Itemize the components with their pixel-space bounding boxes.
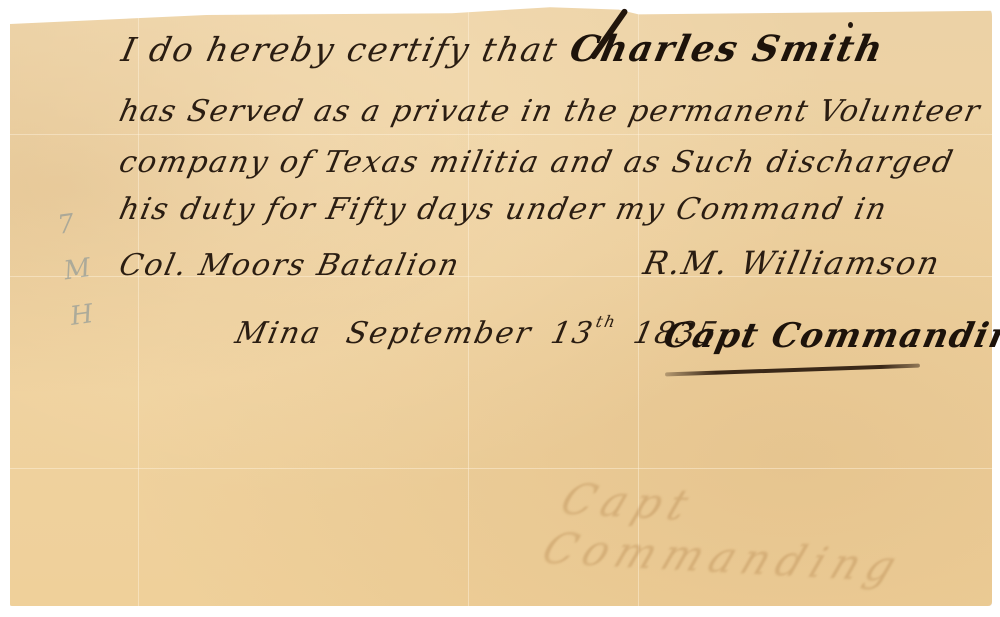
signature-title: Capt Commanding (660, 316, 1000, 356)
certificate-line-2: has Served as a private in the permanent… (116, 94, 984, 129)
place-text: Mina (232, 316, 325, 351)
certificate-line-3: company of Texas militia and as Such dis… (116, 145, 957, 180)
line-text: company of Texas militia and as Such dis… (116, 145, 957, 180)
certificate-line-5: Col. Moors Batalion (116, 248, 464, 283)
fold-crease (10, 468, 992, 469)
line-text: his duty for Fifty days under my Command… (116, 192, 891, 227)
date-day: 13 (548, 316, 598, 351)
signature-name: R.M. Williamson (640, 244, 944, 282)
date-month: September (343, 316, 536, 351)
fold-crease (10, 134, 992, 135)
certificate-line-4: his duty for Fifty days under my Command… (116, 192, 891, 227)
certificate-line-1: I do hereby certify that Charles Smith (118, 28, 888, 70)
captain-title: Capt Commanding (660, 316, 1000, 356)
place-date-line: Mina September 13th 1835 (232, 312, 723, 351)
line-text: has Served as a private in the permanent… (116, 94, 984, 129)
soldier-name: Charles Smith (566, 28, 888, 70)
date-day-suffix: th (594, 312, 619, 331)
battalion-text: Col. Moors Batalion (116, 248, 464, 283)
show-through-ink: Capt Commanding (536, 475, 1000, 596)
signer-name: R.M. Williamson (640, 244, 944, 282)
line-text: I do hereby certify that (118, 30, 575, 69)
